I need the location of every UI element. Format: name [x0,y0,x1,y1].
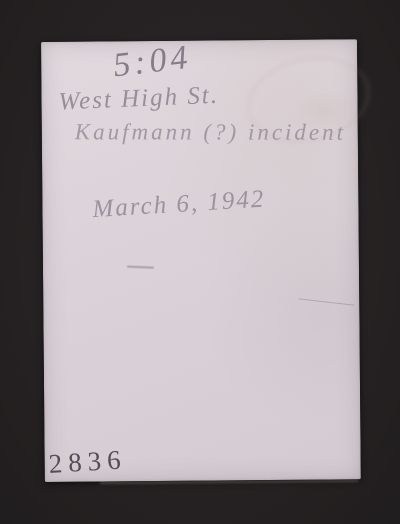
handwritten-caption: Kaufmann (?) incident [75,119,346,145]
handwritten-street-address: West High St. [58,82,220,117]
dark-mount-background: 5:04 West High St. Kaufmann (?) incident… [0,0,400,524]
crease-scratch-mark [298,298,354,305]
handwritten-catalog-number: 2836 [48,444,128,480]
handwritten-date: March 6, 1942 [92,186,266,225]
pencil-dash-mark [127,266,154,269]
handwritten-time-code: 5:04 [111,39,193,86]
photo-back-card: 5:04 West High St. Kaufmann (?) incident… [41,39,361,482]
